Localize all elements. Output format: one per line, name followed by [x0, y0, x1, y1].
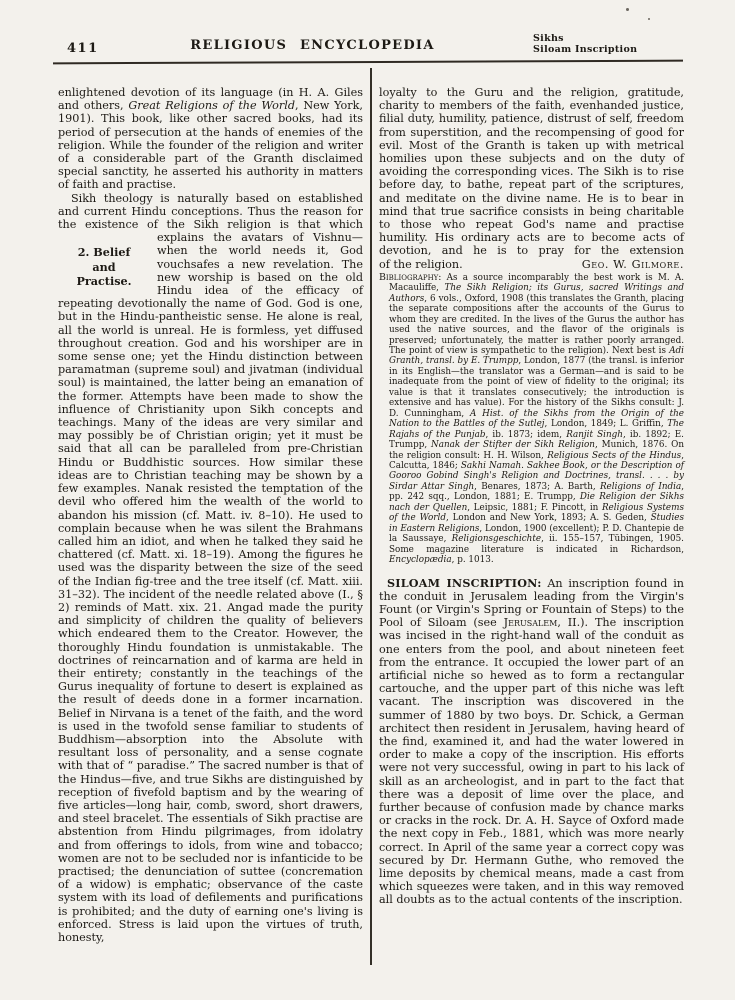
margin-section-note: 2. Belief and Practise.	[58, 231, 150, 297]
page-header-title: RELIGIOUS ENCYCLOPEDIA	[0, 38, 625, 53]
body-paragraph: enlightened devotion of its language (in…	[58, 86, 363, 192]
bibliography-label: Bibliography:	[379, 272, 441, 283]
signature-line: of the religion. Geo. W. Gilmore.	[379, 258, 684, 271]
article-siloam-inscription: SILOAM INSCRIPTION: An inscription found…	[379, 577, 684, 907]
bibliography: Bibliography: As a source incomparably t…	[379, 273, 684, 566]
paragraph-text: explains the avatars of Vishnu—when the …	[58, 231, 363, 944]
body-paragraph: Sikh theology is naturally based on esta…	[58, 192, 363, 232]
scan-speck	[626, 8, 629, 11]
body-paragraph: 2. Belief and Practise. explains the ava…	[58, 231, 363, 944]
book-page: 411 RELIGIOUS ENCYCLOPEDIA Sikhs Siloam …	[0, 0, 735, 1000]
article-text: An inscription found in the conduit in J…	[379, 577, 684, 907]
running-head-line-2: Siloam Inscription	[533, 44, 637, 55]
body-paragraph: loyalty to the Guru and the religion, gr…	[379, 86, 684, 258]
scan-speck	[648, 18, 650, 20]
text-columns: enlightened devotion of its language (in…	[58, 86, 684, 944]
paragraph-last-line: of the religion.	[379, 258, 463, 271]
header-rule	[53, 60, 683, 65]
author-signature: Geo. W. Gilmore.	[582, 258, 684, 271]
bibliography-text: As a source incomparably the best work i…	[389, 273, 684, 565]
article-heading: SILOAM INSCRIPTION:	[387, 576, 542, 590]
margin-note-line: 2. Belief	[58, 245, 150, 259]
running-head-line-1: Sikhs	[533, 33, 637, 44]
left-column: enlightened devotion of its language (in…	[58, 86, 363, 944]
margin-note-line: and	[58, 260, 150, 274]
running-head: Sikhs Siloam Inscription	[533, 33, 637, 55]
margin-note-line: Practise.	[58, 274, 150, 288]
right-column: loyalty to the Guru and the religion, gr…	[379, 86, 684, 944]
